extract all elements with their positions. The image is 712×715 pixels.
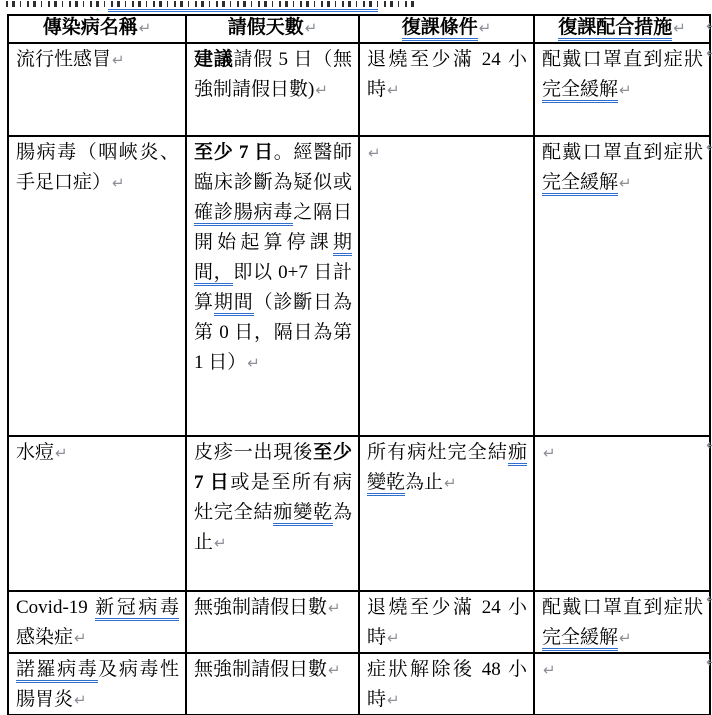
- text-segment: 配戴口罩直到症狀: [542, 597, 703, 618]
- text-segment: 流行性感冒: [16, 49, 111, 70]
- text-segment: 建議: [194, 49, 234, 70]
- disease-leave-table: 傳染病名稱↵ 請假天數↵ 復課條件↵ 復課配合措施↵ 流行性感冒↵ 建議請假 5…: [7, 14, 711, 715]
- text-segment: 所有病灶完全結: [367, 442, 508, 463]
- paragraph-mark: ↵: [618, 174, 632, 192]
- cell-return-measures: 配戴口罩直到症狀完全緩解↵: [534, 43, 710, 136]
- paragraph-mark: ↵: [327, 599, 341, 617]
- header-cell-leave-days: 請假天數↵: [186, 15, 359, 43]
- proofing-underlined-text: 諾羅病毒: [16, 659, 98, 683]
- paragraph-mark: ↵: [213, 534, 227, 552]
- cell-return-condition: 退燒至少滿 24 小時↵: [359, 43, 534, 136]
- cell-return-measures: 配戴口罩直到症狀完全緩解↵: [534, 591, 710, 653]
- paragraph-mark: ↵: [618, 81, 632, 99]
- paragraph-mark: ↵: [618, 629, 632, 647]
- cell-leave-days: 至少 7 日。經醫師臨床診斷為疑似或確診腸病毒之隔日開始起算停課期間，即以 0+…: [186, 136, 359, 436]
- paragraph-mark: ↵: [111, 51, 125, 69]
- text-segment: 腸病毒（咽峽炎、手足口症）: [16, 142, 179, 193]
- text-segment: Covid-19: [16, 597, 95, 618]
- cell-disease-name: 諾羅病毒及病毒性腸胃炎↵: [8, 653, 186, 715]
- paragraph-mark: ↵: [386, 629, 400, 647]
- paragraph-mark: ↵: [54, 444, 68, 462]
- paragraph-mark: ↵: [443, 474, 457, 492]
- text-segment: 配戴口罩直到症狀: [542, 49, 703, 70]
- end-of-row-mark: ↵: [706, 436, 712, 454]
- proofing-underlined-text: 完全緩解: [542, 79, 618, 103]
- cell-leave-days: 無強制請假日數↵: [186, 653, 359, 715]
- paragraph-mark: ↵: [367, 144, 381, 162]
- proofing-underlined-text: 期間: [214, 292, 254, 316]
- end-of-row-mark: ↵: [706, 44, 712, 62]
- text-segment: 感染症: [16, 627, 73, 648]
- paragraph-mark: ↵: [73, 629, 87, 647]
- cell-return-condition: ↵: [359, 136, 534, 436]
- header-label: 復課配合措施: [558, 17, 672, 41]
- proofing-underline-top: [108, 2, 378, 12]
- table-row-chickenpox: 水痘↵ 皮疹一出現後至少 7 日或是至所有病灶完全結痂變乾為止↵ 所有病灶完全結…: [8, 436, 710, 591]
- header-cell-return-condition: 復課條件↵: [359, 15, 534, 43]
- cell-return-measures: ↵: [534, 653, 710, 715]
- cell-leave-days: 皮疹一出現後至少 7 日或是至所有病灶完全結痂變乾為止↵: [186, 436, 359, 591]
- paragraph-mark: ↵: [542, 444, 556, 462]
- paragraph-mark: ↵: [246, 354, 260, 372]
- end-of-row-mark: ↵: [706, 17, 712, 35]
- paragraph-mark: ↵: [672, 19, 686, 37]
- cell-leave-days: 無強制請假日數↵: [186, 591, 359, 653]
- paragraph-mark: ↵: [327, 661, 341, 679]
- cell-return-measures: 配戴口罩直到症狀完全緩解↵: [534, 136, 710, 436]
- header-label: 傳染病名稱: [43, 17, 138, 38]
- table-header-row: 傳染病名稱↵ 請假天數↵ 復課條件↵ 復課配合措施↵: [8, 15, 710, 43]
- text-segment: 至少 7 日: [194, 142, 274, 163]
- cell-disease-name: 腸病毒（咽峽炎、手足口症）↵: [8, 136, 186, 436]
- paragraph-mark: ↵: [478, 19, 492, 37]
- cell-disease-name: 水痘↵: [8, 436, 186, 591]
- cell-return-measures: ↵: [534, 436, 710, 591]
- proofing-underlined-text: 新冠病毒: [95, 597, 179, 621]
- paragraph-mark: ↵: [314, 81, 328, 99]
- cell-disease-name: Covid-19 新冠病毒感染症↵: [8, 591, 186, 653]
- table-row-norovirus: 諾羅病毒及病毒性腸胃炎↵ 無強制請假日數↵ 症狀解除後 48 小時↵ ↵: [8, 653, 710, 715]
- header-cell-return-measures: 復課配合措施↵: [534, 15, 710, 43]
- table-row-enterovirus: 腸病毒（咽峽炎、手足口症）↵ 至少 7 日。經醫師臨床診斷為疑似或確診腸病毒之隔…: [8, 136, 710, 436]
- paragraph-mark: ↵: [138, 19, 152, 37]
- cell-disease-name: 流行性感冒↵: [8, 43, 186, 136]
- proofing-underlined-text: 確診腸病毒: [194, 202, 293, 226]
- end-of-row-mark: ↵: [706, 590, 712, 608]
- paragraph-mark: ↵: [73, 691, 87, 709]
- text-segment: 無強制請假日數: [194, 659, 327, 680]
- text-segment: 配戴口罩直到症狀: [542, 142, 703, 163]
- text-segment: 皮疹一出現後: [194, 442, 313, 463]
- text-segment: 無強制請假日數: [194, 597, 327, 618]
- header-label: 復課條件: [402, 17, 478, 41]
- table-row-influenza: 流行性感冒↵ 建議請假 5 日（無強制請假日數)↵ 退燒至少滿 24 小時↵ 配…: [8, 43, 710, 136]
- proofing-underlined-text: 痂變乾: [273, 502, 333, 526]
- cell-leave-days: 建議請假 5 日（無強制請假日數)↵: [186, 43, 359, 136]
- text-segment: 為止: [405, 472, 443, 493]
- header-cell-disease-name: 傳染病名稱↵: [8, 15, 186, 43]
- table-row-covid19: Covid-19 新冠病毒感染症↵ 無強制請假日數↵ 退燒至少滿 24 小時↵ …: [8, 591, 710, 653]
- paragraph-mark: ↵: [111, 174, 125, 192]
- document-page: { "marks": { "eol": "↵" }, "colors": { "…: [0, 0, 712, 715]
- proofing-underlined-text: 完全緩解: [542, 627, 618, 651]
- proofing-underlined-text: 完全緩解: [542, 172, 618, 196]
- cell-return-condition: 症狀解除後 48 小時↵: [359, 653, 534, 715]
- cell-return-condition: 所有病灶完全結痂變乾為止↵: [359, 436, 534, 591]
- header-label: 請假天數: [228, 17, 304, 38]
- text-segment: 水痘: [16, 442, 54, 463]
- cell-return-condition: 退燒至少滿 24 小時↵: [359, 591, 534, 653]
- paragraph-mark: ↵: [386, 691, 400, 709]
- end-of-row-mark: ↵: [706, 138, 712, 156]
- paragraph-mark: ↵: [386, 81, 400, 99]
- end-of-row-mark: ↵: [706, 653, 712, 671]
- paragraph-mark: ↵: [304, 19, 318, 37]
- paragraph-mark: ↵: [542, 661, 556, 679]
